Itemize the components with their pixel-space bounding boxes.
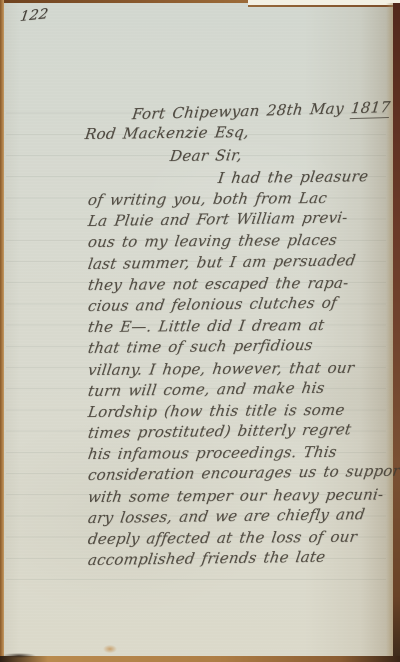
dateline: Fort Chipewyan 28th May 1817 (131, 97, 392, 125)
letter-line: cious and felonious clutches of (86, 292, 400, 318)
recipient-line: Rod Mackenzie Esq, (84, 122, 251, 145)
letter-body: of writing you, both from Lac La Pluie a… (88, 190, 400, 571)
letter-line: accomplished friends the late (86, 546, 400, 572)
dateline-place-date: Fort Chipewyan 28th May (131, 99, 352, 123)
salutation: Dear Sir, (169, 145, 244, 167)
adjacent-page-corner-edge (248, 5, 400, 7)
page-number: 122 (18, 4, 49, 28)
letter-line: last summer, but I am persuaded (86, 249, 400, 275)
manuscript-scan: 122 Fort Chipewyan 28th May 1817 Rod Mac… (0, 0, 400, 662)
page-edge-left (0, 0, 4, 662)
letter-line: ary losses, and we are chiefly and (86, 503, 400, 529)
letter-line: turn will come, and make his (86, 376, 400, 402)
letter-line: La Pluie and Fort William previ- (86, 207, 400, 233)
page-edge-bottom (0, 656, 400, 662)
dateline-year: 1817 (349, 98, 391, 119)
page-edge-top (0, 0, 250, 3)
letter-line: consideration encourages us to support (86, 461, 400, 487)
ink-speck (2, 653, 36, 658)
letter-line: that time of such perfidious (86, 334, 400, 360)
opening-line: I had the pleasure (217, 166, 370, 189)
letter-line: times prostituted) bitterly regret (86, 419, 400, 445)
